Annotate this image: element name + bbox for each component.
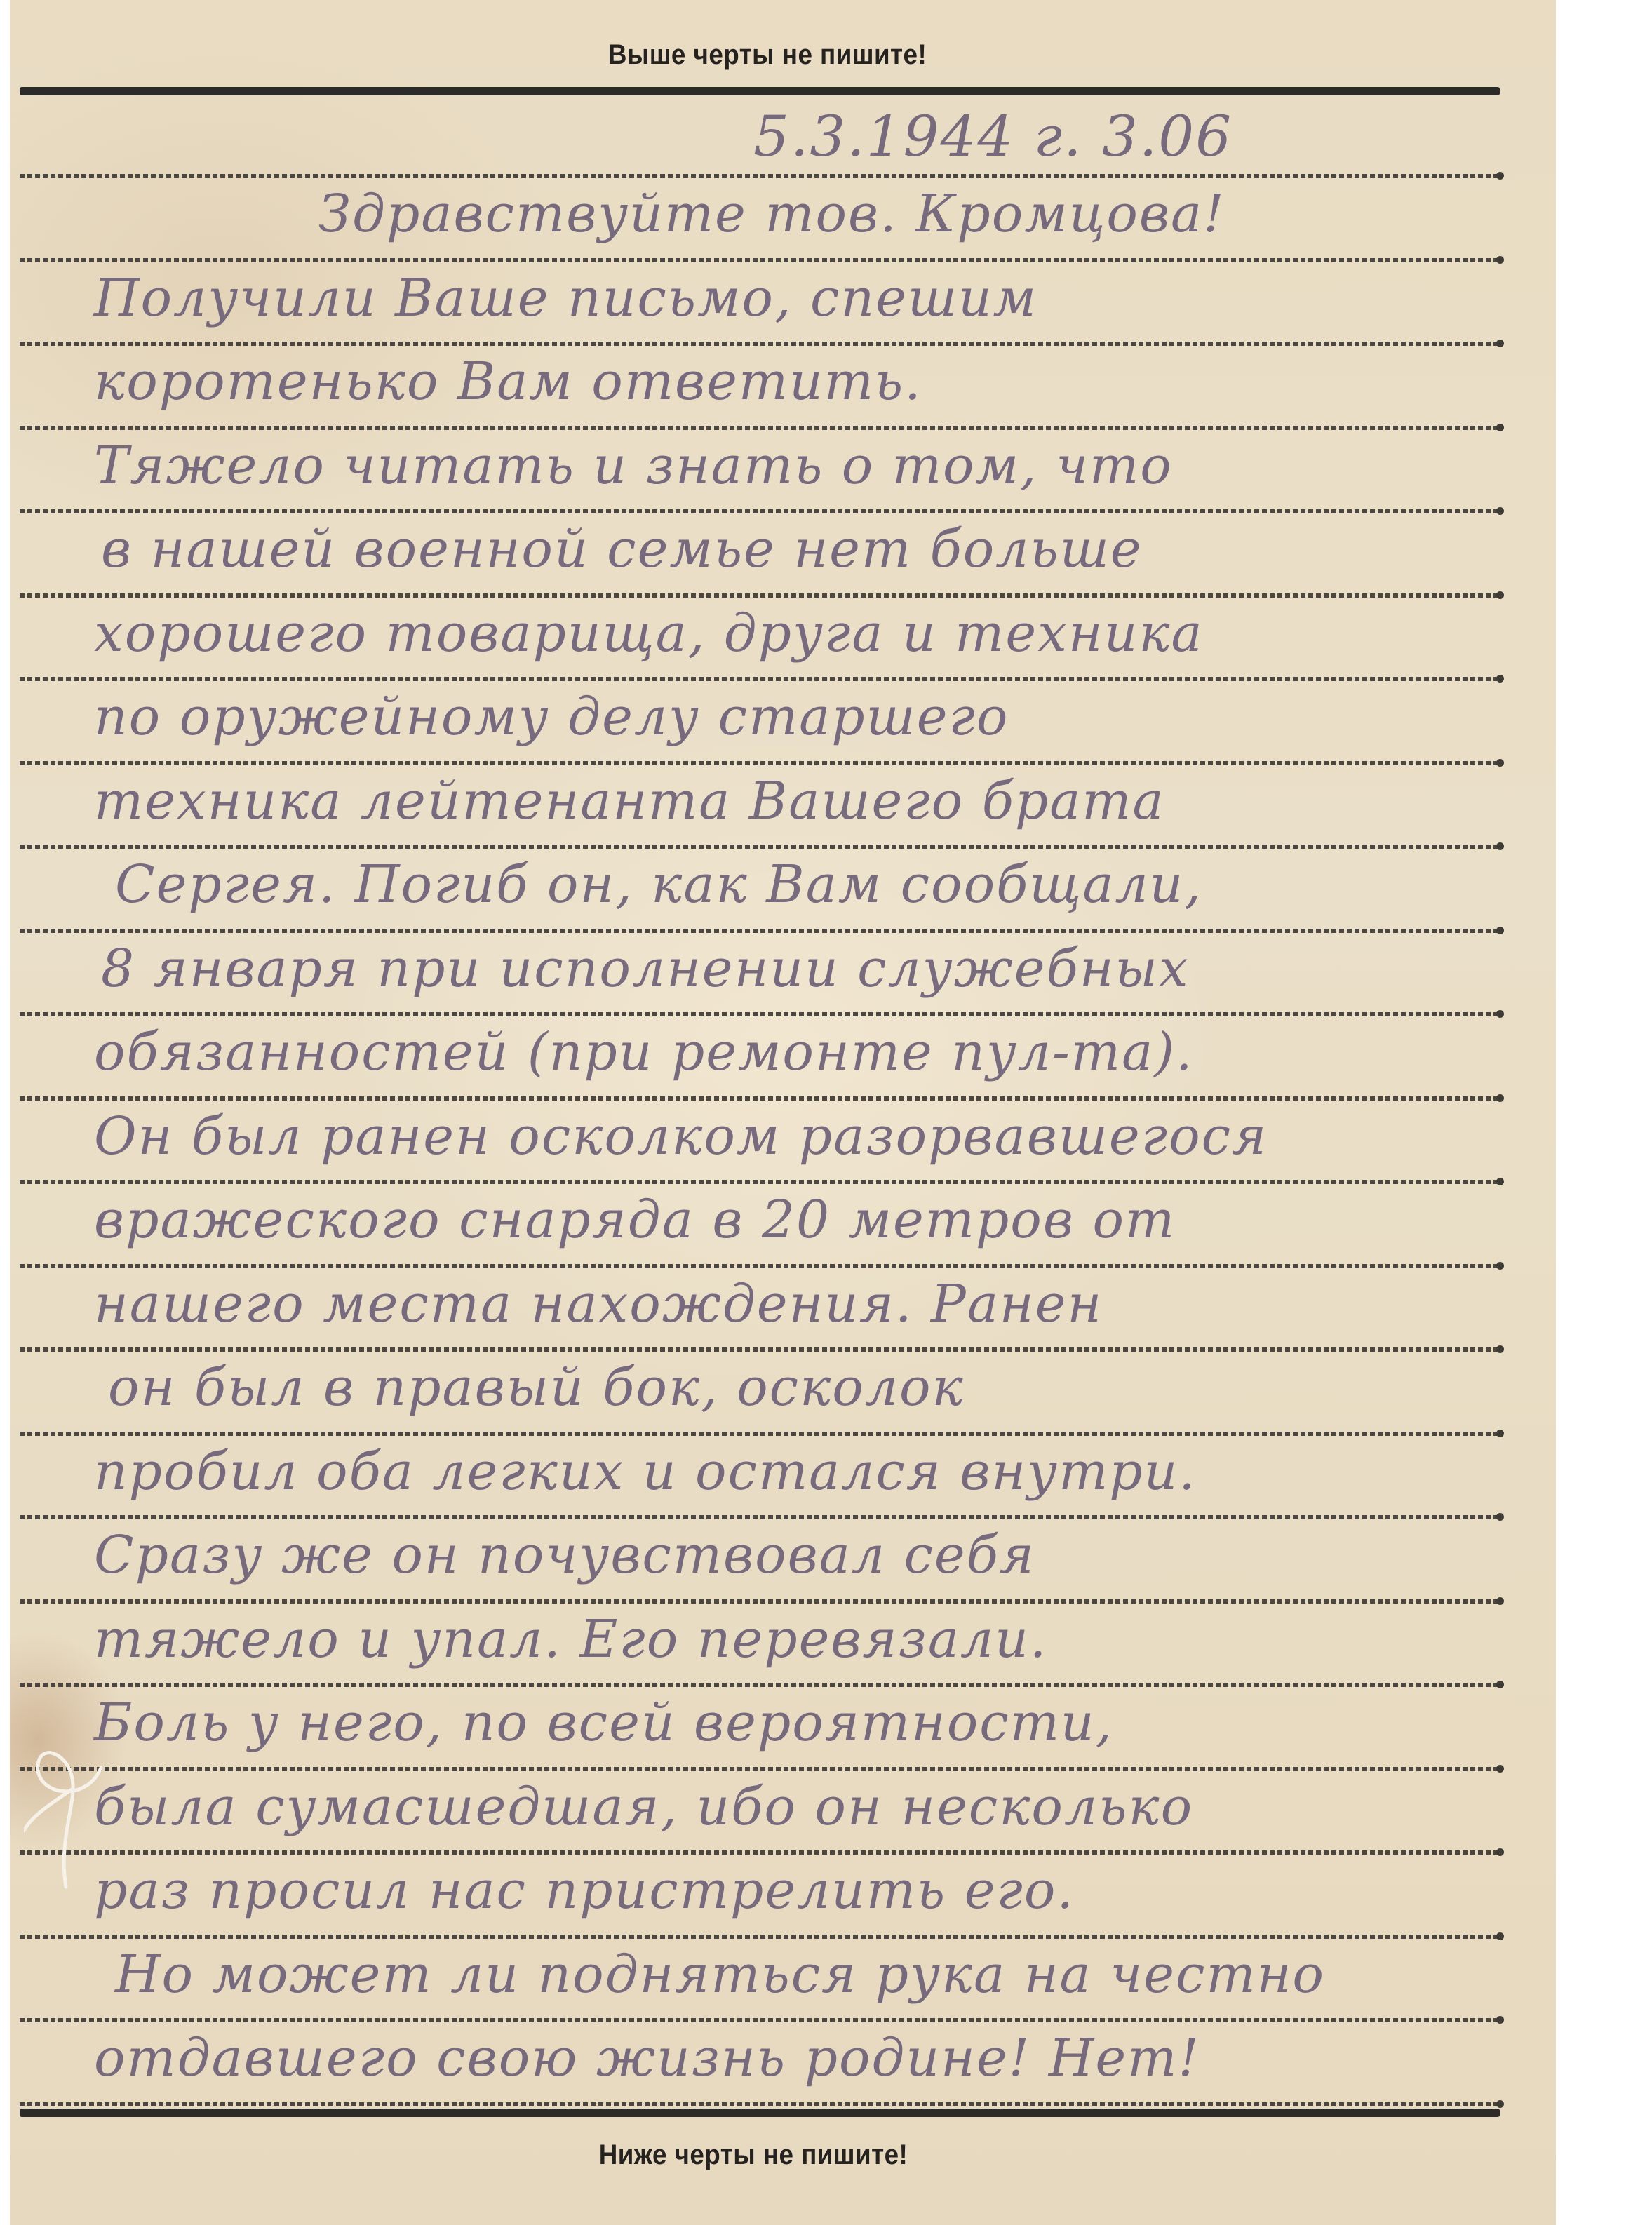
dotted-rule [20, 593, 1500, 598]
handwritten-line: Боль у него, по всей вероятности, [94, 1693, 1113, 1753]
dotted-rule [20, 929, 1500, 933]
handwritten-line: по оружейному делу старшего [94, 687, 1009, 747]
handwritten-line: Здравствуйте тов. Кромцова! [318, 184, 1225, 244]
handwritten-line: отдавшего свою жизнь родине! Нет! [94, 2028, 1200, 2088]
dotted-rule [20, 1347, 1500, 1352]
thread-icon [24, 1726, 108, 1894]
dotted-rule [20, 1264, 1500, 1268]
dotted-rule [20, 1432, 1500, 1436]
handwritten-line: в нашей военной семье нет больше [101, 519, 1143, 579]
handwritten-line: техника лейтенанта Вашего брата [94, 771, 1165, 831]
dotted-rule [20, 426, 1500, 430]
bottom-solid-rule [20, 2109, 1500, 2117]
dotted-rule [20, 677, 1500, 681]
dotted-rule [20, 2018, 1500, 2022]
handwritten-line: хорошего товарища, друга и техника [94, 603, 1204, 664]
handwritten-line: вражеского снаряда в 20 метров от [94, 1190, 1176, 1250]
handwritten-line: была сумасшедшая, ибо он несколько [94, 1777, 1193, 1837]
dotted-rule [20, 1767, 1500, 1771]
top-solid-rule [20, 87, 1500, 95]
dotted-rule [20, 845, 1500, 849]
header-notice: Выше черты не пишите! [58, 39, 1477, 71]
handwritten-line: коротенько Вам ответить. [94, 351, 922, 412]
dotted-rule [20, 342, 1500, 346]
handwritten-line: Но может ли подняться рука на честно [115, 1944, 1325, 2005]
dotted-rule [20, 1850, 1500, 1855]
dotted-rule [20, 1683, 1500, 1687]
handwritten-line: раз просил нас пристрелить его. [94, 1860, 1075, 1921]
letter-paper: Выше черты не пишите! 5.3.1944 г. 3.06 З… [10, 0, 1556, 2225]
handwritten-line: тяжело и упал. Его перевязали. [94, 1609, 1047, 1669]
handwritten-line: Тяжело читать и знать о том, что [94, 436, 1173, 496]
dotted-rule [20, 174, 1500, 178]
handwritten-line: обязанностей (при ремонте пул-та). [94, 1022, 1194, 1082]
dotted-rule [20, 761, 1500, 765]
handwritten-line: Он был ранен осколком разорвавшегося [94, 1106, 1268, 1167]
handwritten-line: 8 января при исполнении служебных [101, 939, 1190, 999]
handwritten-line: Сразу же он почувствовал себя [94, 1525, 1035, 1585]
dotted-rule [20, 1096, 1500, 1101]
dotted-rule [20, 258, 1500, 262]
dotted-rule [20, 1935, 1500, 1939]
dotted-rule [20, 1515, 1500, 1519]
dotted-rule [20, 1599, 1500, 1604]
handwritten-line: он был в правый бок, осколок [108, 1357, 965, 1418]
dotted-rule [20, 1012, 1500, 1016]
dotted-rule [20, 509, 1500, 513]
letter-date: 5.3.1944 г. 3.06 [753, 104, 1233, 169]
handwritten-line: нашего места нахождения. Ранен [94, 1274, 1103, 1334]
handwritten-line: пробил оба легких и остался внутри. [94, 1441, 1197, 1502]
dotted-rule [20, 2102, 1500, 2106]
footer-notice: Ниже черты не пишите! [43, 2139, 1463, 2171]
dotted-rule [20, 1180, 1500, 1184]
handwritten-line: Получили Ваше письмо, спешим [94, 268, 1037, 328]
handwritten-line: Сергея. Погиб он, как Вам сообщали, [115, 854, 1202, 915]
